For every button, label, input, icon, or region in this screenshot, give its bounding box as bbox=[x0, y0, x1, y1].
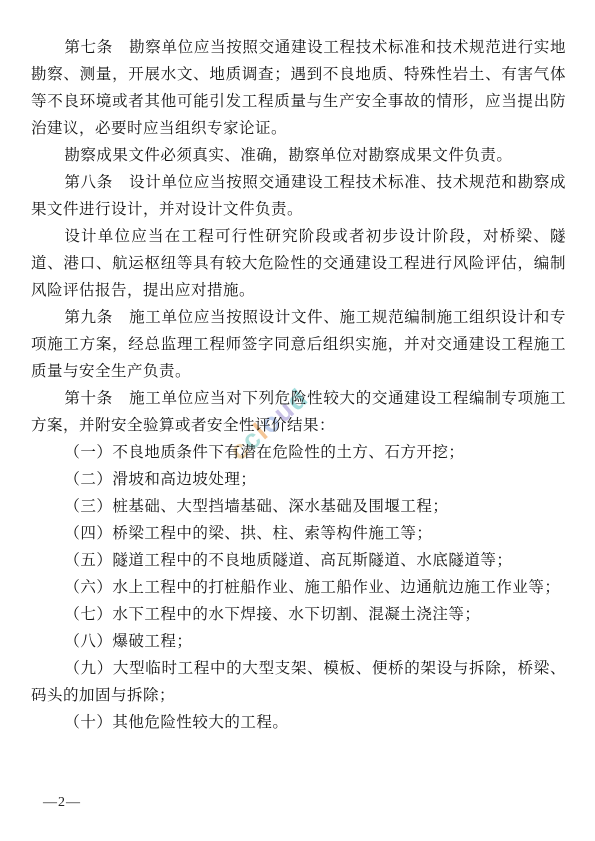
paragraph: 第九条 施工单位应当按照设计文件、施工规范编制施工组织设计和专项施工方案，经总监… bbox=[31, 304, 566, 385]
paragraph: （七）水下工程中的水下焊接、水下切割、混凝土浇注等； bbox=[31, 601, 566, 628]
paragraph: （一）不良地质条件下有潜在危险性的土方、石方开挖； bbox=[31, 439, 566, 466]
page-number: —2— bbox=[43, 795, 81, 811]
document-page: ccloud 第七条 勘察单位应当按照交通建设工程技术标准和技术规范进行实地勘察… bbox=[0, 0, 595, 841]
paragraph: （三）桩基础、大型挡墙基础、深水基础及围堰工程； bbox=[31, 493, 566, 520]
paragraph: 第十条 施工单位应当对下列危险性较大的交通建设工程编制专项施工方案，并附安全验算… bbox=[31, 385, 566, 439]
paragraph: （八）爆破工程； bbox=[31, 628, 566, 655]
paragraph: （十）其他危险性较大的工程。 bbox=[31, 709, 566, 736]
paragraph: （六）水上工程中的打桩船作业、施工船作业、边通航边施工作业等； bbox=[31, 574, 566, 601]
paragraph: 第七条 勘察单位应当按照交通建设工程技术标准和技术规范进行实地勘察、测量，开展水… bbox=[31, 34, 566, 142]
paragraph: 设计单位应当在工程可行性研究阶段或者初步设计阶段，对桥梁、隧道、港口、航运枢纽等… bbox=[31, 223, 566, 304]
paragraph: （九）大型临时工程中的大型支架、模板、便桥的架设与拆除，桥梁、码头的加固与拆除； bbox=[31, 655, 566, 709]
paragraph: 勘察成果文件必须真实、准确，勘察单位对勘察成果文件负责。 bbox=[31, 142, 566, 169]
paragraph: （二）滑坡和高边坡处理； bbox=[31, 466, 566, 493]
document-body: 第七条 勘察单位应当按照交通建设工程技术标准和技术规范进行实地勘察、测量，开展水… bbox=[31, 34, 566, 736]
paragraph: （五）隧道工程中的不良地质隧道、高瓦斯隧道、水底隧道等； bbox=[31, 547, 566, 574]
paragraph: 第八条 设计单位应当按照交通建设工程技术标准、技术规范和勘察成果文件进行设计，并… bbox=[31, 169, 566, 223]
paragraph: （四）桥梁工程中的梁、拱、柱、索等构件施工等； bbox=[31, 520, 566, 547]
